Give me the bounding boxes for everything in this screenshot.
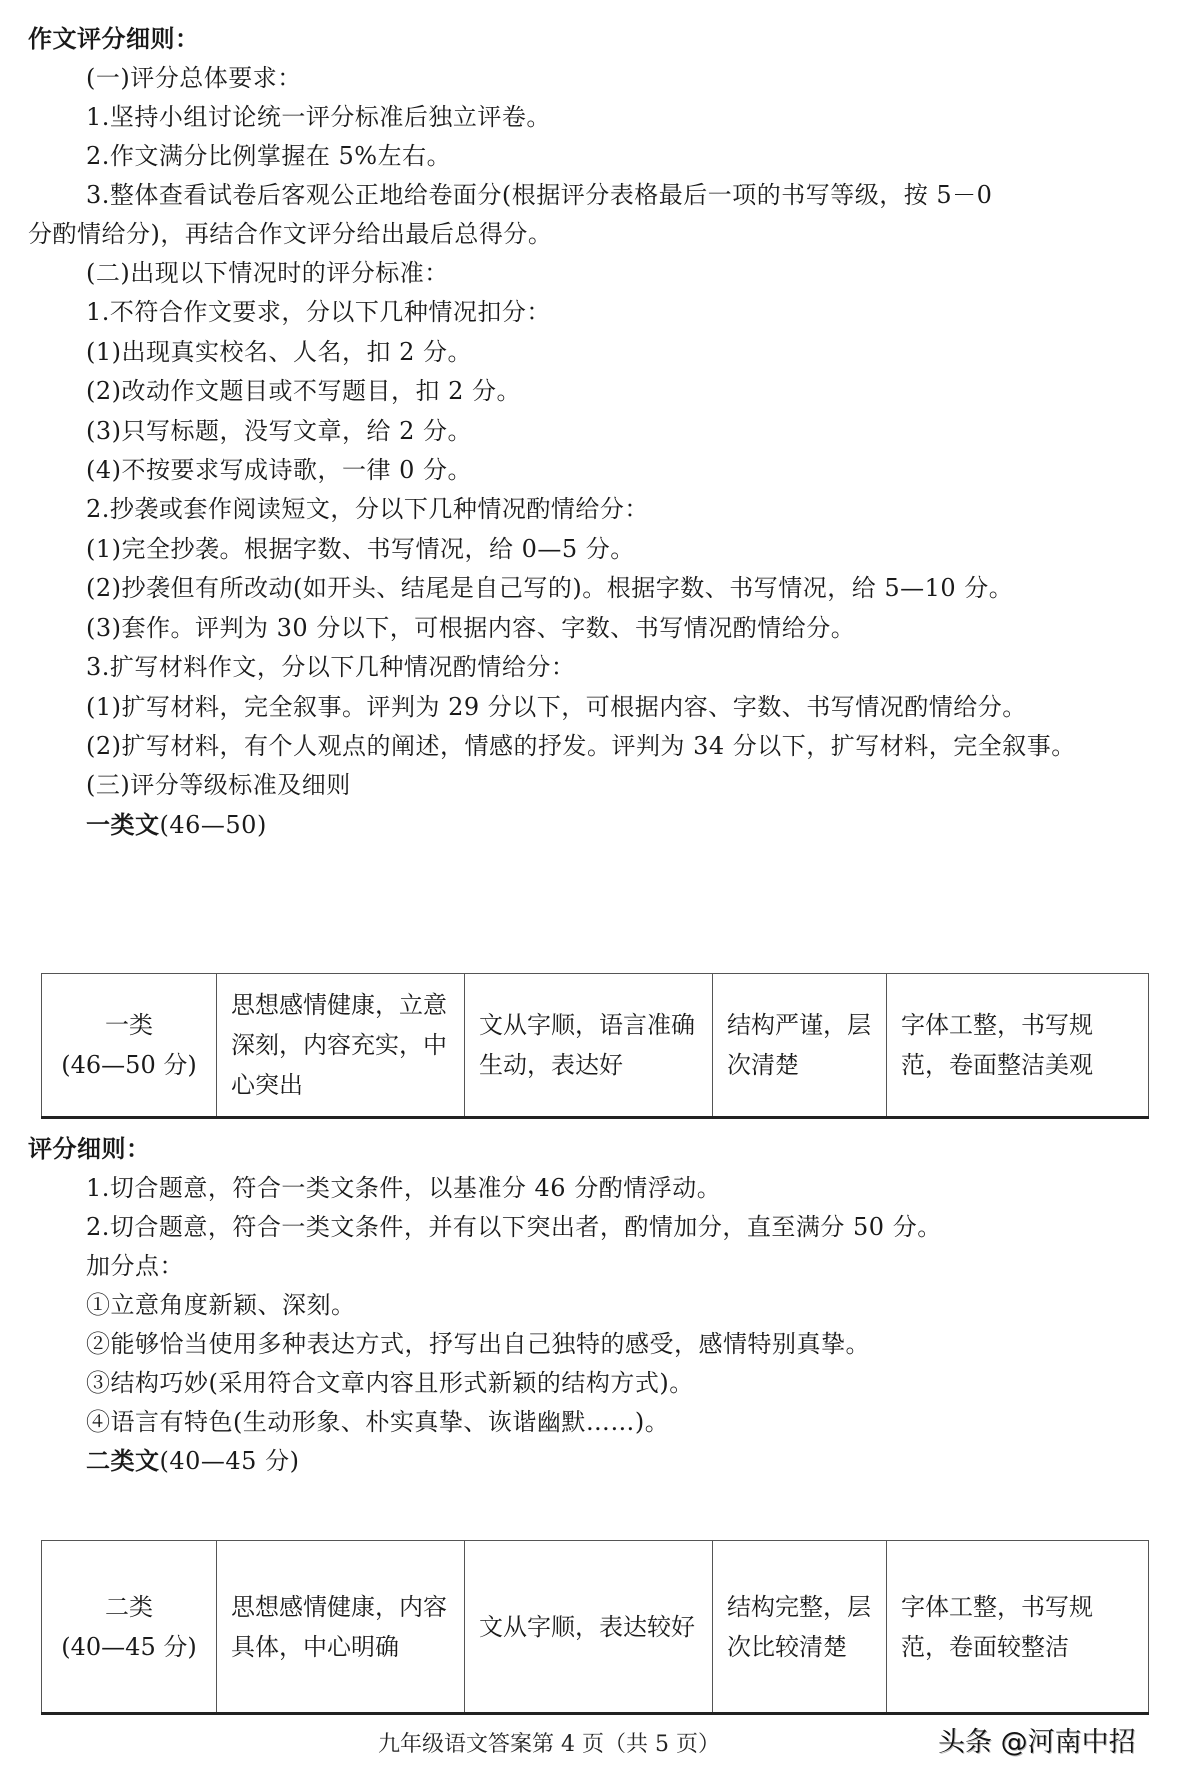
grade-cell: 一类 (46—50 分): [42, 974, 217, 1118]
table-row: 一类 (46—50 分) 思想感情健康，立意深刻，内容充实，中心突出 文从字顺，…: [42, 974, 1149, 1118]
rules-item: 1.切合题意，符合一类文条件，以基准分 46 分酌情浮动。: [86, 1173, 721, 1203]
source-watermark: 头条 @河南中招: [938, 1727, 1136, 1759]
section1-item: 1.坚持小组讨论统一评分标准后独立评卷。: [86, 102, 551, 132]
section2-group-title: 2.抄袭或套作阅读短文，分以下几种情况酌情给分：: [86, 494, 649, 524]
grade-name: 一类: [46, 1005, 212, 1045]
grade-range: (46—50 分): [46, 1045, 212, 1085]
grade-range: (40—45 分): [46, 1627, 212, 1667]
bonus-point: ②能够恰当使用多种表达方式，抒写出自己独特的感受，感情特别真挚。: [86, 1329, 870, 1359]
section2-group-title: 1.不符合作文要求，分以下几种情况扣分：: [86, 297, 551, 327]
section2-item: (3)只写标题，没写文章，给 2 分。: [86, 416, 472, 446]
page-number: 九年级语文答案第 4 页（共 5 页）: [378, 1730, 720, 1760]
section2-item: (2)改动作文题目或不写题目，扣 2 分。: [86, 376, 521, 406]
content-criteria-cell: 思想感情健康，内容具体，中心明确: [217, 1541, 465, 1714]
class2-heading: 二类文(40—45 分): [86, 1446, 299, 1476]
rules-heading: 评分细则：: [28, 1134, 151, 1164]
section2-item: (3)套作。评判为 30 分以下，可根据内容、字数、书写情况酌情给分。: [86, 613, 855, 643]
bonus-point: ①立意角度新颖、深刻。: [86, 1290, 356, 1320]
bonus-label: 加分点：: [86, 1251, 184, 1281]
section2-item: (2)扩写材料，有个人观点的阐述，情感的抒发。评判为 34 分以下，扩写材料，完…: [86, 731, 1076, 761]
section3-heading: (三)评分等级标准及细则: [86, 770, 351, 800]
structure-criteria-cell: 结构完整，层次比较清楚: [713, 1541, 887, 1714]
section2-heading: (二)出现以下情况时的评分标准：: [86, 258, 449, 288]
class1-heading: 一类文(46—50): [86, 810, 267, 840]
class1-heading-range: (46—50): [160, 811, 267, 839]
section2-item: (1)出现真实校名、人名，扣 2 分。: [86, 337, 472, 367]
language-criteria-cell: 文从字顺，语言准确生动，表达好: [465, 974, 713, 1118]
class1-grade-table: 一类 (46—50 分) 思想感情健康，立意深刻，内容充实，中心突出 文从字顺，…: [41, 973, 1149, 1119]
writing-criteria-cell: 字体工整，书写规范，卷面较整洁: [887, 1541, 1149, 1714]
section2-item: (1)完全抄袭。根据字数、书写情况，给 0—5 分。: [86, 534, 635, 564]
section2-item: (1)扩写材料，完全叙事。评判为 29 分以下，可根据内容、字数、书写情况酌情给…: [86, 692, 1027, 722]
section2-item: (4)不按要求写成诗歌，一律 0 分。: [86, 455, 472, 485]
rules-item: 2.切合题意，符合一类文条件，并有以下突出者，酌情加分，直至满分 50 分。: [86, 1212, 942, 1242]
bonus-point: ④语言有特色(生动形象、朴实真挚、诙谐幽默……)。: [86, 1407, 669, 1437]
document-title: 作文评分细则：: [28, 24, 200, 54]
writing-criteria-cell: 字体工整，书写规范，卷面整洁美观: [887, 974, 1149, 1118]
class2-heading-label: 二类文: [86, 1447, 160, 1475]
section2-group-title: 3.扩写材料作文，分以下几种情况酌情给分：: [86, 652, 575, 682]
grade-cell: 二类 (40—45 分): [42, 1541, 217, 1714]
section2-item: (2)抄袭但有所改动(如开头、结尾是自己写的)。根据字数、书写情况，给 5—10…: [86, 573, 1013, 603]
class2-heading-range: (40—45 分): [160, 1447, 300, 1475]
content-criteria-cell: 思想感情健康，立意深刻，内容充实，中心突出: [217, 974, 465, 1118]
table-row: 二类 (40—45 分) 思想感情健康，内容具体，中心明确 文从字顺，表达较好 …: [42, 1541, 1149, 1714]
bonus-point: ③结构巧妙(采用符合文章内容且形式新颖的结构方式)。: [86, 1368, 694, 1398]
section1-item: 2.作文满分比例掌握在 5%左右。: [86, 141, 451, 171]
grade-name: 二类: [46, 1587, 212, 1627]
section1-heading: (一)评分总体要求：: [86, 63, 302, 93]
section1-item: 3.整体查看试卷后客观公正地给卷面分(根据评分表格最后一项的书写等级，按 5－0: [86, 180, 992, 210]
section1-item-continued: 分酌情给分)，再结合作文评分给出最后总得分。: [28, 219, 552, 249]
class2-grade-table: 二类 (40—45 分) 思想感情健康，内容具体，中心明确 文从字顺，表达较好 …: [41, 1540, 1149, 1715]
class1-heading-label: 一类文: [86, 811, 160, 839]
structure-criteria-cell: 结构严谨，层次清楚: [713, 974, 887, 1118]
language-criteria-cell: 文从字顺，表达较好: [465, 1541, 713, 1714]
